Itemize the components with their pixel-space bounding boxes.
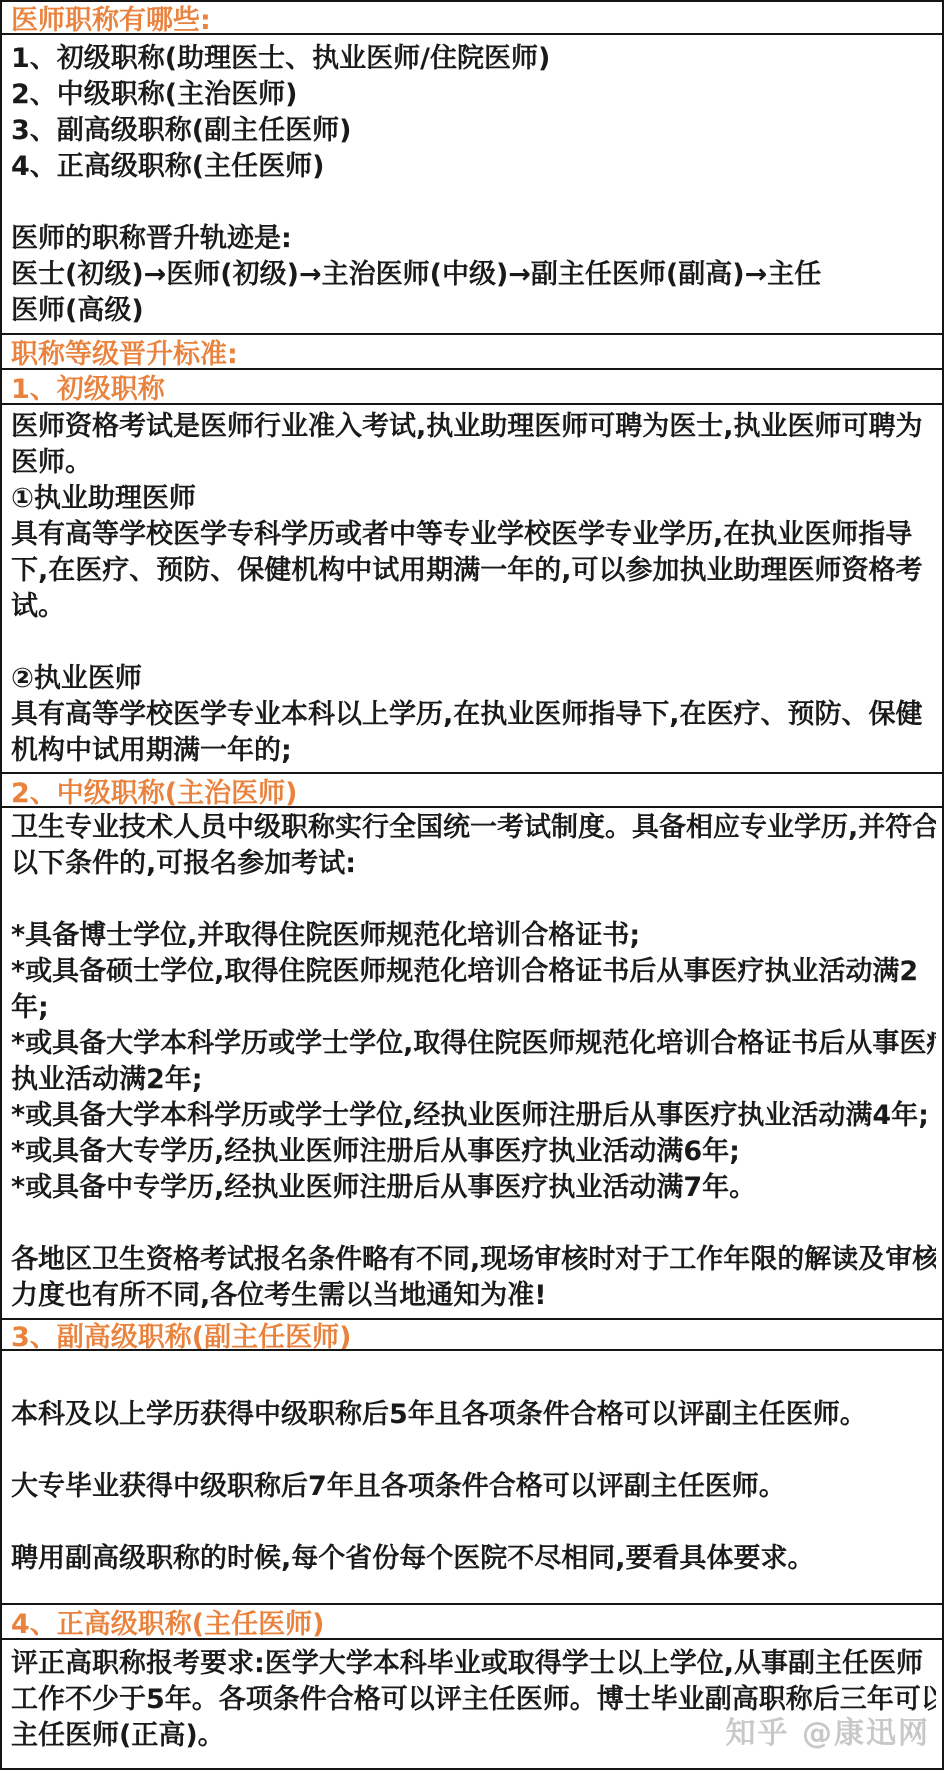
row-body-overview: 1、初级职称(助理医士、执业医师/住院医师) 2、中级职称(主治医师) 3、副高… (2, 35, 942, 335)
section-title-senior: 4、正高级职称(主任医师) (11, 1605, 324, 1640)
text-line: 卫生专业技术人员中级职称实行全国统一考试制度。具备相应专业学历,并符合 (11, 810, 936, 846)
text-line: 医师资格考试是医师行业准入考试,执业助理医师可聘为医士,执业医师可聘为 (11, 409, 936, 445)
text-line: 具有高等学校医学专科学历或者中等专业学校医学专业学历,在执业医师指导 (11, 517, 936, 553)
text-line: *具备博士学位,并取得住院医师规范化培训合格证书; (11, 918, 936, 954)
text-line: 年; (11, 990, 936, 1026)
text-line-blank (11, 185, 936, 221)
text-line: *或具备大学本科学历或学士学位,取得住院医师规范化培训合格证书后从事医疗 (11, 1026, 936, 1062)
text-line: 1、初级职称(助理医士、执业医师/住院医师) (11, 41, 936, 77)
text-line: 评正高职称报考要求:医学大学本科毕业或取得学士以上学位,从事副主任医师 (11, 1646, 936, 1682)
section-title-deputy-senior: 3、副高级职称(副主任医师) (11, 1320, 351, 1351)
text-line: *或具备大学本科学历或学士学位,经执业医师注册后从事医疗执业活动满4年; (11, 1098, 936, 1134)
section-title-standards: 职称等级晋升标准: (11, 335, 238, 370)
text-line: 医士(初级)→医师(初级)→主治医师(中级)→副主任医师(副高)→主任 (11, 257, 936, 293)
text-line: 大专毕业获得中级职称后7年且各项条件合格可以评副主任医师。 (11, 1469, 936, 1505)
text-line: 各地区卫生资格考试报名条件略有不同,现场审核时对于工作年限的解读及审核 (11, 1242, 936, 1278)
text-line-blank (11, 882, 936, 918)
text-line: ②执业医师 (11, 661, 936, 697)
text-line: 试。 (11, 589, 936, 625)
text-line: ①执业助理医师 (11, 481, 936, 517)
text-line: 4、正高级职称(主任医师) (11, 149, 936, 185)
row-header-intermediate: 2、中级职称(主治医师) (2, 774, 942, 808)
document-table: 医师职称有哪些: 1、初级职称(助理医士、执业医师/住院医师) 2、中级职称(主… (0, 0, 944, 1770)
row-header-deputy-senior: 3、副高级职称(副主任医师) (2, 1320, 942, 1351)
row-body-deputy-senior: 本科及以上学历获得中级职称后5年且各项条件合格可以评副主任医师。 大专毕业获得中… (2, 1351, 942, 1605)
text-line: 医师。 (11, 445, 936, 481)
text-line-blank (11, 1505, 936, 1541)
text-line-blank (11, 1433, 936, 1469)
text-line-blank (11, 1361, 936, 1397)
watermark: 知乎 @康迅网 (726, 1708, 930, 1752)
text-line: 聘用副高级职称的时候,每个省份每个医院不尽相同,要看具体要求。 (11, 1541, 936, 1577)
text-line-blank (11, 625, 936, 661)
text-line: *或具备大专学历,经执业医师注册后从事医疗执业活动满6年; (11, 1134, 936, 1170)
section-title-overview: 医师职称有哪些: (11, 2, 211, 35)
row-body-junior: 医师资格考试是医师行业准入考试,执业助理医师可聘为医士,执业医师可聘为 医师。 … (2, 405, 942, 774)
text-line: *或具备硕士学位,取得住院医师规范化培训合格证书后从事医疗执业活动满2 (11, 954, 936, 990)
row-header-junior: 1、初级职称 (2, 370, 942, 405)
text-line: 医师(高级) (11, 293, 936, 329)
text-line: 具有高等学校医学专业本科以上学历,在执业医师指导下,在医疗、预防、保健 (11, 697, 936, 733)
text-line: 以下条件的,可报名参加考试: (11, 846, 936, 882)
text-line: 力度也有所不同,各位考生需以当地通知为准! (11, 1278, 936, 1314)
row-header-senior: 4、正高级职称(主任医师) (2, 1605, 942, 1640)
text-line: 医师的职称晋升轨迹是: (11, 221, 936, 257)
row-header-overview: 医师职称有哪些: (2, 2, 942, 35)
section-title-intermediate: 2、中级职称(主治医师) (11, 774, 297, 808)
text-line: 本科及以上学历获得中级职称后5年且各项条件合格可以评副主任医师。 (11, 1397, 936, 1433)
text-line: 2、中级职称(主治医师) (11, 77, 936, 113)
text-line: 下,在医疗、预防、保健机构中试用期满一年的,可以参加执业助理医师资格考 (11, 553, 936, 589)
text-line: *或具备中专学历,经执业医师注册后从事医疗执业活动满7年。 (11, 1170, 936, 1206)
row-header-standards: 职称等级晋升标准: (2, 335, 942, 370)
text-line-blank (11, 1206, 936, 1242)
text-line: 机构中试用期满一年的; (11, 733, 936, 769)
section-title-junior: 1、初级职称 (11, 370, 165, 405)
text-line: 执业活动满2年; (11, 1062, 936, 1098)
text-line: 3、副高级职称(副主任医师) (11, 113, 936, 149)
row-body-intermediate: 卫生专业技术人员中级职称实行全国统一考试制度。具备相应专业学历,并符合 以下条件… (2, 808, 942, 1320)
